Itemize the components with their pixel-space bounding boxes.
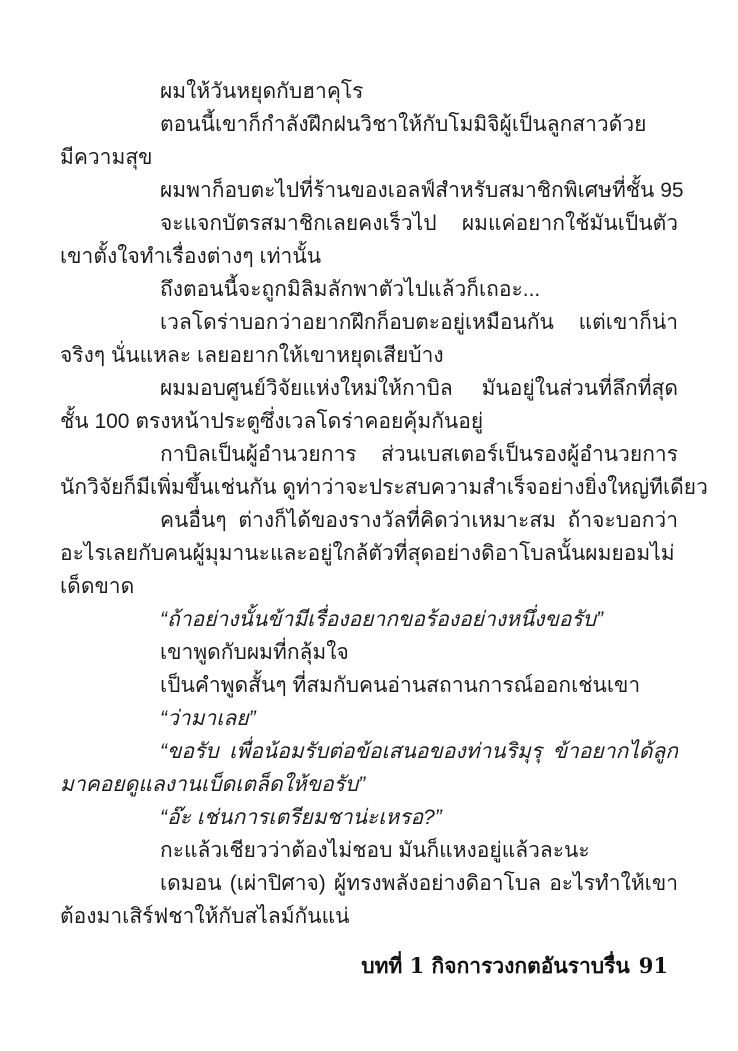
- text-line: “ว่ามาเลย”: [60, 702, 678, 735]
- text-line: อะไรเลยกับคนผู้มุมานะและอยู่ใกล้ตัวที่สุ…: [60, 537, 678, 570]
- page-text: ผมให้วันหยุดกับฮาคุโรตอนนี้เขาก็กำลังฝึก…: [60, 75, 678, 933]
- text-line: “อ๊ะ เช่นการเตรียมชาน่ะเหรอ?”: [60, 801, 678, 834]
- book-page: ผมให้วันหยุดกับฮาคุโรตอนนี้เขาก็กำลังฝึก…: [0, 0, 738, 1051]
- text-line: นักวิจัยก็มีเพิ่มขึ้นเช่นกัน ดูท่าว่าจะป…: [60, 471, 678, 504]
- paragraph: “ถ้าอย่างนั้นข้ามีเรื่องอยากขอร้องอย่างห…: [60, 603, 678, 636]
- paragraph: “ขอรับ เพื่อน้อมรับต่อข้อเสนอของท่านริมุ…: [60, 735, 678, 801]
- page-footer: บทที่ 1 กิจการวงกตอันราบรื่น91: [361, 950, 668, 983]
- paragraph: ตอนนี้เขาก็กำลังฝึกฝนวิชาให้กับโมมิจิผู้…: [60, 108, 678, 174]
- paragraph: กะแล้วเชียวว่าต้องไม่ชอบ มันก็แหงอยู่แล้…: [60, 834, 678, 867]
- paragraph: กาบิลเป็นผู้อำนวยการ ส่วนเบสเตอร์เป็นรอง…: [60, 438, 678, 504]
- text-line: ถึงตอนนี้จะถูกมิลิมลักพาตัวไปแล้วก็เถอะ.…: [60, 273, 678, 306]
- paragraph: “อ๊ะ เช่นการเตรียมชาน่ะเหรอ?”: [60, 801, 678, 834]
- text-line: “ถ้าอย่างนั้นข้ามีเรื่องอยากขอร้องอย่างห…: [60, 603, 678, 636]
- paragraph: ถึงตอนนี้จะถูกมิลิมลักพาตัวไปแล้วก็เถอะ.…: [60, 273, 678, 306]
- text-line: เป็นคำพูดสั้นๆ ที่สมกับคนอ่านสถานการณ์ออ…: [60, 669, 678, 702]
- text-line: ต้องมาเสิร์ฟชาให้กับสไลม์กันแน่: [60, 900, 678, 933]
- paragraph: คนอื่นๆ ต่างก็ได้ของรางวัลที่คิดว่าเหมาะ…: [60, 504, 678, 603]
- paragraph: เขาพูดกับผมที่กลุ้มใจ: [60, 636, 678, 669]
- text-line: ผมให้วันหยุดกับฮาคุโร: [60, 75, 678, 108]
- text-line: กะแล้วเชียวว่าต้องไม่ชอบ มันก็แหงอยู่แล้…: [60, 834, 678, 867]
- text-line: ผมพาก็อบตะไปที่ร้านของเอลฟ์สำหรับสมาชิกพ…: [60, 174, 678, 207]
- text-line: มีความสุข: [60, 141, 678, 174]
- paragraph: “ว่ามาเลย”: [60, 702, 678, 735]
- text-line: กาบิลเป็นผู้อำนวยการ ส่วนเบสเตอร์เป็นรอง…: [60, 438, 678, 471]
- text-line: เวลโดร่าบอกว่าอยากฝึกก็อบตะอยู่เหมือนกัน…: [60, 306, 678, 339]
- text-line: เด็ดขาด: [60, 570, 678, 603]
- text-line: เขาพูดกับผมที่กลุ้มใจ: [60, 636, 678, 669]
- paragraph: จะแจกบัตรสมาชิกเลยคงเร็วไป ผมแค่อยากใช้ม…: [60, 207, 678, 273]
- page-number: 91: [639, 953, 668, 978]
- text-line: ชั้น 100 ตรงหน้าประตูซึ่งเวลโดร่าคอยคุ้ม…: [60, 405, 678, 438]
- text-line: ผมมอบศูนย์วิจัยแห่งใหม่ให้กาบิล มันอยู่ใ…: [60, 372, 678, 405]
- text-line: มาคอยดูแลงานเบ็ดเตล็ดให้ขอรับ”: [60, 768, 678, 801]
- text-line: “ขอรับ เพื่อน้อมรับต่อข้อเสนอของท่านริมุ…: [60, 735, 678, 768]
- text-line: เขาตั้งใจทำเรื่องต่างๆ เท่านั้น: [60, 240, 678, 273]
- paragraph: ผมพาก็อบตะไปที่ร้านของเอลฟ์สำหรับสมาชิกพ…: [60, 174, 678, 207]
- paragraph: ผมมอบศูนย์วิจัยแห่งใหม่ให้กาบิล มันอยู่ใ…: [60, 372, 678, 438]
- text-line: จะแจกบัตรสมาชิกเลยคงเร็วไป ผมแค่อยากใช้ม…: [60, 207, 678, 240]
- chapter-heading: บทที่ 1 กิจการวงกตอันราบรื่น: [361, 953, 629, 978]
- text-line: ตอนนี้เขาก็กำลังฝึกฝนวิชาให้กับโมมิจิผู้…: [60, 108, 678, 141]
- paragraph: เป็นคำพูดสั้นๆ ที่สมกับคนอ่านสถานการณ์ออ…: [60, 669, 678, 702]
- text-line: เดมอน (เผ่าปิศาจ) ผู้ทรงพลังอย่างดิอาโบล…: [60, 867, 678, 900]
- paragraph: เดมอน (เผ่าปิศาจ) ผู้ทรงพลังอย่างดิอาโบล…: [60, 867, 678, 933]
- text-line: จริงๆ นั่นแหละ เลยอยากให้เขาหยุดเสียบ้าง: [60, 339, 678, 372]
- paragraph: เวลโดร่าบอกว่าอยากฝึกก็อบตะอยู่เหมือนกัน…: [60, 306, 678, 372]
- paragraph: ผมให้วันหยุดกับฮาคุโร: [60, 75, 678, 108]
- text-line: คนอื่นๆ ต่างก็ได้ของรางวัลที่คิดว่าเหมาะ…: [60, 504, 678, 537]
